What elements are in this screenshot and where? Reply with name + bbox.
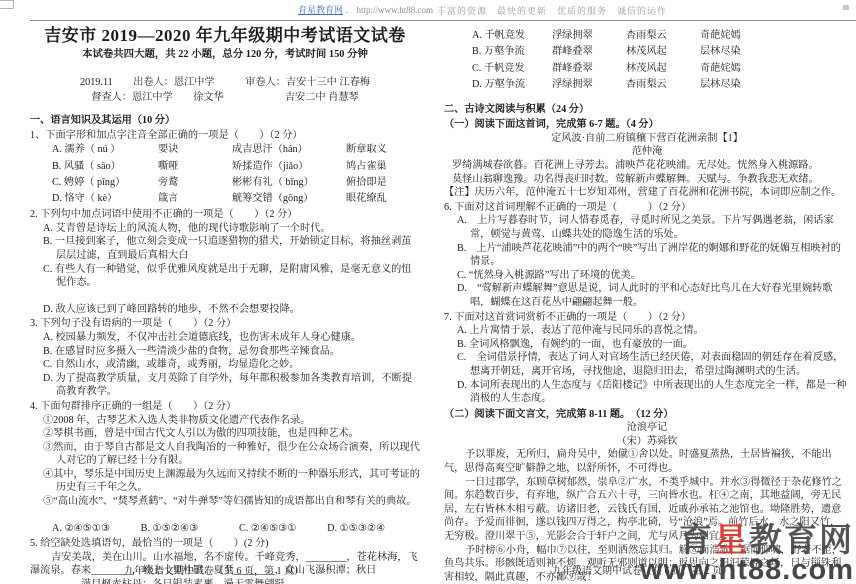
page-corner-mark-left xyxy=(0,0,14,9)
question-5-option-row-cell: 浮绿拥翠 xyxy=(552,28,626,44)
question-1-option-row-cell: 鸠占雀巢 xyxy=(346,159,420,175)
question-5-stem: 5. 给空缺处选填语句，最恰当的一项是（ ）(2 分) xyxy=(30,537,420,551)
question-4-sentence: ④其中，琴乐是中国历史上渊源最为久远而又持续不断的一种器乐形式，其可考证的历史有… xyxy=(30,468,420,495)
question-4-sentence: ②琴棋书画，曾是中国古代文人引以为傲的四项技能，也是四种艺术。 xyxy=(30,427,420,441)
question-5-option-row-cell: 奇葩姹嫣 xyxy=(700,61,850,77)
question-6-option: B. 上片“浦映芦花花映浦”中的两个“映”写出了洲岸花的婀娜和野花的妩媚互相映衬… xyxy=(444,242,850,269)
question-5-option-row-cell: 杏雨梨云 xyxy=(626,28,700,44)
question-1-option-row-cell: 矫揉造作（jiǎo） xyxy=(232,159,346,175)
question-1-option-table: A. 濡养（ nú ）要诀成吉思汗（hán）断章取义B. 风骚（ sāo）嘶哑矫… xyxy=(30,142,420,207)
page-1-footer: 九年级语文期中试卷（共 6 页，第 1 页） xyxy=(0,565,428,579)
question-6-stem: 6. 下面对这首词理解不正确的一项是（ ）（2 分） xyxy=(444,201,850,215)
question-1-option-row: C. 娉婷（ pīng）旁鹜彬彬有礼（ bīng）俯拾即是 xyxy=(30,175,420,191)
site-slogan: 丰富的资源 最快的更新 优质的服务 诚信的运作 xyxy=(437,4,667,17)
essay-paragraph: 一日过郡学，东顾草树郁然，崇阜②广水，不类乎城中。并水③得微径于杂花修竹之间。东… xyxy=(444,476,850,544)
question-1-option-row-cell: 旁鹜 xyxy=(158,175,232,191)
question-6-option: A. 上片写暮春时节，词人惜春觅春，寻觅时所见之美景。下片写偶遇老翁，闲话家常，… xyxy=(444,214,850,241)
part-1-heading: （一）阅读下面这首词，完成第 6-7 题。（4 分） xyxy=(444,118,850,132)
column-page-1: 吉安市 2019—2020 年九年级期中考试语文试卷 本试卷共四大题，共 22 … xyxy=(0,22,428,584)
page-corner-mark-right xyxy=(843,5,849,10)
poem-note: 【注】庆历六年，范仲淹五十七岁知邓州，营建了百花洲和花洲书院，本词即应制之作。 xyxy=(444,186,850,200)
question-5-option-row-cell: 林茂风起 xyxy=(626,44,700,60)
site-reference: 育星教育网 ． http://www.ht88.com xyxy=(298,3,433,16)
section-1-heading: 一、语言知识及其运用（10 分） xyxy=(30,114,420,128)
question-1-stem: 1、下面字形和加点字注音全部正确的一项是（ ）（2 分） xyxy=(30,129,420,143)
question-1-option-row: A. 濡养（ nú ）要诀成吉思汗（hán）断章取义 xyxy=(30,142,420,158)
question-4-stem: 4. 下面句群排序正确的一组是（ ）（2 分） xyxy=(30,400,420,414)
question-4-sentence: ⑤“高山流水”、“焚琴煮鹤”、“对牛弹琴”等妇孺皆知的成语都出自和琴有关的典故。 xyxy=(30,495,420,509)
poem-line: 莫怪山翁聊逸豫。功名得丧归时数。莺解新声蝶解舞。天赋与。争教我悲无欢绪。 xyxy=(444,173,850,187)
poem-line: 罗绮满城春欲暮。百花洲上寻芳去。浦映芦花花映浦。无尽处。恍然身入桃源路。 xyxy=(444,159,850,173)
poem-body: 罗绮满城春欲暮。百花洲上寻芳去。浦映芦花花映浦。无尽处。恍然身入桃源路。莫怪山翁… xyxy=(444,159,850,186)
poem-author: 范仲淹 xyxy=(444,145,850,159)
question-4-sentence: ③然而，由于琴自古都是文人自我陶冶的一种雅好，很少在公众场合演奏，所以现代人对它… xyxy=(30,441,420,468)
paper-title: 吉安市 2019—2020 年九年级期中考试语文试卷 xyxy=(30,29,420,43)
question-5-option-row-cell: 群峰叠翠 xyxy=(552,44,626,60)
question-7-option: B. 全词风格飘逸，有婉约的一面，也有豪放的一面。 xyxy=(444,338,850,352)
two-column-layout: 吉安市 2019—2020 年九年级期中考试语文试卷 本试卷共四大题，共 22 … xyxy=(0,22,856,584)
question-3-options: A. 校园暴力频发，不仅冲击社会道德底线，也伤害未成年人身心健康。B. 在感冒时… xyxy=(30,331,420,399)
question-5-option-table: A. 千帆竞发浮绿拥翠杏雨梨云奇葩姹嫣B. 万壑争流群峰叠翠林茂风起层林尽染C.… xyxy=(444,28,850,94)
question-2-option: A. 艾青曾是诗坛上的风流人物，他的现代诗歌影响了一个时代。 xyxy=(30,222,420,236)
question-2-options: A. 艾青曾是诗坛上的风流人物，他的现代诗歌影响了一个时代。B. 一旦接到案子，… xyxy=(30,222,420,317)
question-1-option-row: B. 风骚（ sāo）嘶哑矫揉造作（jiǎo）鸠占雀巢 xyxy=(30,159,420,175)
essay-title: 沧浪亭记 xyxy=(444,421,850,435)
question-3-option: B. 在感冒时应多摄入一些清淡少盐的食物，忌勿食那些辛辣食品。 xyxy=(30,345,420,359)
section-2-heading: 二、古诗文阅读与积累（24 分） xyxy=(444,103,850,117)
question-5-option-row-cell: 浮绿拥翠 xyxy=(552,77,626,93)
question-5-option-row-cell: 林茂风起 xyxy=(626,61,700,77)
question-4-sentence: ①2008 年，古琴艺术入选人类非物质文化遗产代表作名录。 xyxy=(30,414,420,428)
question-1-option-row-cell: 成吉思汗（hán） xyxy=(232,142,346,158)
page-2-footer: 九年级语文期中试卷（共 6 页，第 2 页） xyxy=(428,565,856,579)
question-5-option-row-cell: 杏雨梨云 xyxy=(626,77,700,93)
essay-author: （宋）苏舜钦 xyxy=(444,435,850,449)
paper-meta-line-2: 督查人：恩江中学 徐文华 吉安二中 肖慧琴 xyxy=(30,90,420,105)
question-6-options: A. 上片写暮春时节，词人惜春觅春，寻觅时所见之美景。下片写偶遇老翁，闲话家常，… xyxy=(444,214,850,309)
question-7-option: A. 上片寓情于景，表达了范仲淹与民同乐的喜悦之情。 xyxy=(444,324,850,338)
question-1-option-row-cell: A. 濡养（ nú ） xyxy=(52,142,158,158)
essay-paragraph: 予以罪废，无所归，扁舟吴中，始僦①舍以处。时盛夏蒸热，土居皆褊狭，不能出气，思得… xyxy=(444,448,850,475)
question-5-option-row: D. 万壑争流浮绿拥翠杏雨梨云层林尽染 xyxy=(444,77,850,93)
question-7-options: A. 上片寓情于景，表达了范仲淹与民同乐的喜悦之情。B. 全词风格飘逸，有婉约的… xyxy=(444,324,850,406)
site-name-link[interactable]: 育星教育网 xyxy=(298,5,343,15)
exam-paper-page: 育星教育网 ． http://www.ht88.com 丰富的资源 最快的更新 … xyxy=(0,0,856,584)
question-7-stem: 7. 下面对这首赏词赏析不正确的一项是（ ）（2 分） xyxy=(444,311,850,325)
question-5-option-row-cell: 奇葩姹嫣 xyxy=(700,28,850,44)
question-5-option-row-cell: A. 千帆竞发 xyxy=(472,28,552,44)
question-3-option: A. 校园暴力频发，不仅冲击社会道德底线，也伤害未成年人身心健康。 xyxy=(30,331,420,345)
question-2-stem: 2. 下列句中加点词语中使用不正确的一项是（ ）（2 分） xyxy=(30,208,420,222)
question-5-option-row: B. 万壑争流群峰叠翠林茂风起层林尽染 xyxy=(444,44,850,60)
question-5-option-row-cell: 层林尽染 xyxy=(700,77,850,93)
paper-subtitle: 本试卷共四大题，共 22 小题，总分 120 分，考试时间 150 分钟 xyxy=(30,48,420,62)
question-1-option-row-cell: 俯拾即是 xyxy=(346,175,420,191)
question-4-answer-choices: A. ②④⑤①③ B. ①⑤②④③ C. ②④⑤③① D. ①⑤③②④ xyxy=(30,522,420,536)
essay-body: 予以罪废，无所归，扁舟吴中，始僦①舍以处。时盛夏蒸热，土居皆褊狭，不能出气，思得… xyxy=(444,448,850,584)
question-5-option-row-cell: 群峰叠翠 xyxy=(552,61,626,77)
part-2-heading: （二）阅读下面文言文，完成第 8-11 题。 （12 分） xyxy=(444,408,850,422)
header-divider-line xyxy=(30,20,856,21)
question-3-stem: 3. 下列句子没有语病的一项是（ ）（2 分） xyxy=(30,317,420,331)
column-page-2: A. 千帆竞发浮绿拥翠杏雨梨云奇葩姹嫣B. 万壑争流群峰叠翠林茂风起层林尽染C.… xyxy=(428,22,856,584)
paper-meta-line-1: 2019.11 出卷人：恩江中学 审卷人：吉安十三中 江春梅 xyxy=(30,75,420,90)
question-4-sentences: ①2008 年，古琴艺术入选人类非物质文化遗产代表作名录。②琴棋书画，曾是中国古… xyxy=(30,414,420,509)
question-1-option-row-cell: 断章取义 xyxy=(346,142,420,158)
question-5-option-row: A. 千帆竞发浮绿拥翠杏雨梨云奇葩姹嫣 xyxy=(444,28,850,44)
question-6-option: D. “莺解新声蝶解舞”意思是说，词人此时的平和心态好比鸟儿在大好春光里婉转歌唱… xyxy=(444,282,850,309)
question-1-option-row-cell: C. 娉婷（ pīng） xyxy=(52,175,158,191)
question-5-option-row: C. 千帆竞发群峰叠翠林茂风起奇葩姹嫣 xyxy=(444,61,850,77)
question-2-option: B. 一旦接到案子，他立刻会变成一只追逐猎物的猎犬，开始锁定目标，将抽丝剥茧 层… xyxy=(30,235,420,262)
question-5-option-row-cell: C. 千帆竞发 xyxy=(472,61,552,77)
question-1-option-row-cell: 眼花缭乱 xyxy=(346,191,420,207)
question-1-option-row-cell: B. 风骚（ sāo） xyxy=(52,159,158,175)
site-separator: ． xyxy=(343,5,357,15)
question-1-option-row-cell: 要诀 xyxy=(158,142,232,158)
question-1-option-row: D. 恪守（ kè）箴言觥筹交错（gōng）眼花缭乱 xyxy=(30,191,420,207)
question-7-option: C. 全词借景抒情，表达了词人对官场生活已经厌倦，对表面稳固的朝廷存在着反感，想… xyxy=(444,351,850,378)
question-1-option-row-cell: 彬彬有礼（ bīng） xyxy=(232,175,346,191)
poem-title: 定风波·自前二府镇穰下营百花洲亲制【1】 xyxy=(444,132,850,146)
question-5-option-row-cell: D. 万壑争流 xyxy=(472,77,552,93)
question-5-option-row-cell: 层林尽染 xyxy=(700,44,850,60)
site-url-link[interactable]: http://www.ht88.com xyxy=(357,5,433,15)
question-2-option: D. 敌人应该已到了峰回路转的地步，不然不会想要投降。 xyxy=(30,303,420,317)
question-1-option-row-cell: 箴言 xyxy=(158,191,232,207)
question-3-option: D. 为了提高教学质量，支月英除了自学外，每年都积极参加各类教育培训，不断提高教… xyxy=(30,372,420,399)
question-1-option-row-cell: 觥筹交错（gōng） xyxy=(232,191,346,207)
question-5-option-row-cell: B. 万壑争流 xyxy=(472,44,552,60)
question-1-option-row-cell: D. 恪守（ kè） xyxy=(52,191,158,207)
question-7-option: D. 本词所表现出的人生态度与《岳阳楼记》中所表现出的人生态度完全一样，都是一种… xyxy=(444,379,850,406)
question-1-option-row-cell: 嘶哑 xyxy=(158,159,232,175)
question-2-option: C. 有些人有一种错觉，似乎优雅风度就是出于无聊，是附庸风雅，是毫无意义的忸怩作… xyxy=(30,263,420,290)
question-3-option: C. 自然山水，或清幽，或雄奇，或秀丽，均显造化之妙。 xyxy=(30,358,420,372)
question-6-option: C. “恍然身入桃源路”写出了环境的优美。 xyxy=(444,269,850,283)
